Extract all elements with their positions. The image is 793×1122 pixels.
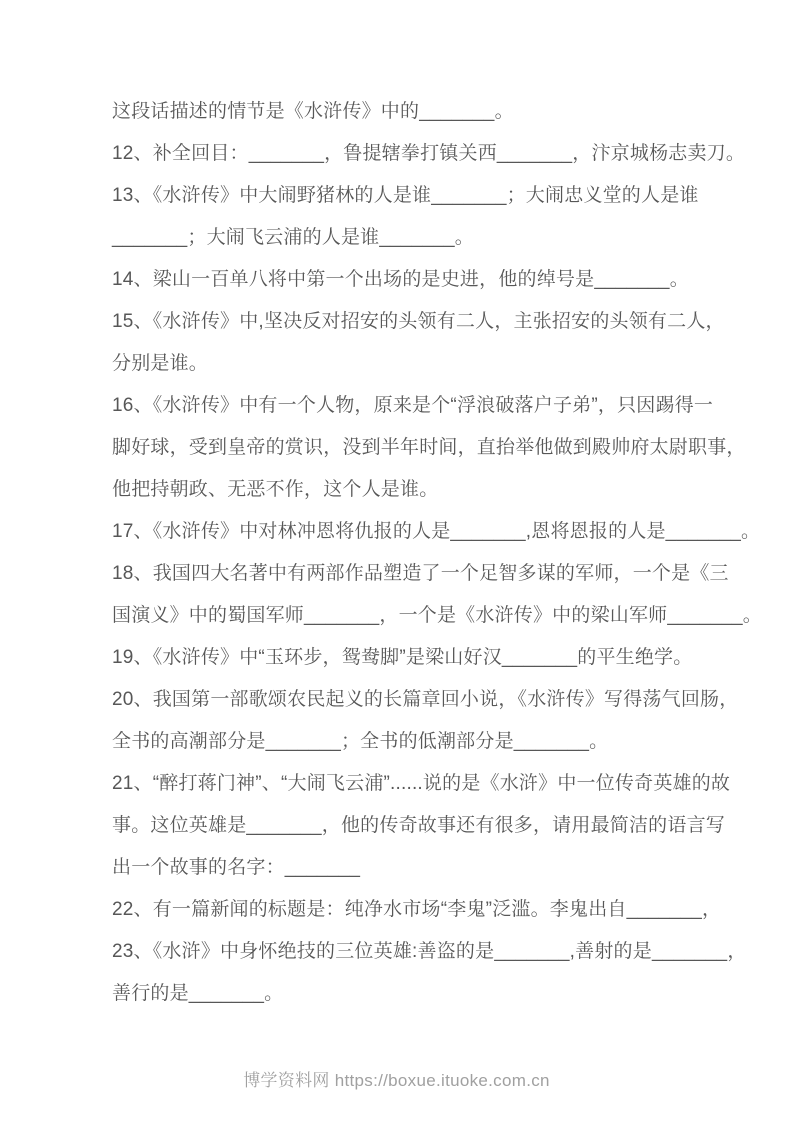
text-line: 23、《水浒》中身怀绝技的三位英雄:善盗的是_______,善射的是______… bbox=[112, 931, 712, 973]
text-line: 15、《水浒传》中,坚决反对招安的头领有二人，主张招安的头领有二人， bbox=[112, 301, 712, 343]
text-line: 13、《水浒传》中大闹野猪林的人是谁_______；大闹忠义堂的人是谁 bbox=[112, 175, 712, 217]
text-line: 14、梁山一百单八将中第一个出场的是史进，他的绰号是_______。 bbox=[112, 259, 712, 301]
text-line: 全书的高潮部分是_______；全书的低潮部分是_______。 bbox=[112, 721, 712, 763]
text-line: 分别是谁。 bbox=[112, 343, 712, 385]
text-line: 20、我国第一部歌颂农民起义的长篇章回小说，《水浒传》写得荡气回肠， bbox=[112, 679, 712, 721]
text-line: 19、《水浒传》中“玉环步，鸳鸯脚”是梁山好汉_______的平生绝学。 bbox=[112, 637, 712, 679]
text-line: 事。这位英雄是_______，他的传奇故事还有很多，请用最简洁的语言写 bbox=[112, 805, 712, 847]
text-line: _______；大闹飞云浦的人是谁_______。 bbox=[112, 217, 712, 259]
text-line: 12、补全回目：_______，鲁提辖拳打镇关西_______，汴京城杨志卖刀。 bbox=[112, 133, 712, 175]
text-line: 21、“醉打蒋门神”、“大闹飞云浦”......说的是《水浒》中一位传奇英雄的故 bbox=[112, 763, 712, 805]
page-footer: 博学资料网 https://boxue.ituoke.com.cn bbox=[0, 1066, 793, 1091]
text-line: 国演义》中的蜀国军师_______，一个是《水浒传》中的梁山军师_______。 bbox=[112, 595, 712, 637]
text-line: 他把持朝政、无恶不作，这个人是谁。 bbox=[112, 469, 712, 511]
text-line: 善行的是_______。 bbox=[112, 973, 712, 1015]
text-line: 16、《水浒传》中有一个人物，原来是个“浮浪破落户子弟”，只因踢得一 bbox=[112, 385, 712, 427]
text-line: 脚好球，受到皇帝的赏识，没到半年时间，直抬举他做到殿帅府太尉职事， bbox=[112, 427, 712, 469]
footer-url: https://boxue.ituoke.com.cn bbox=[335, 1071, 550, 1090]
worksheet-page: 这段话描述的情节是《水浒传》中的_______。12、补全回目：_______，… bbox=[0, 0, 793, 1122]
worksheet-body: 这段话描述的情节是《水浒传》中的_______。12、补全回目：_______，… bbox=[112, 91, 712, 1015]
text-line: 这段话描述的情节是《水浒传》中的_______。 bbox=[112, 91, 712, 133]
text-line: 18、我国四大名著中有两部作品塑造了一个足智多谋的军师，一个是《三 bbox=[112, 553, 712, 595]
text-line: 出一个故事的名字：_______ bbox=[112, 847, 712, 889]
footer-site-name: 博学资料网 bbox=[243, 1071, 330, 1090]
text-line: 17、《水浒传》中对林冲恩将仇报的人是_______,恩将恩报的人是______… bbox=[112, 511, 712, 553]
text-line: 22、有一篇新闻的标题是：纯净水市场“李鬼”泛滥。李鬼出自_______， bbox=[112, 889, 712, 931]
